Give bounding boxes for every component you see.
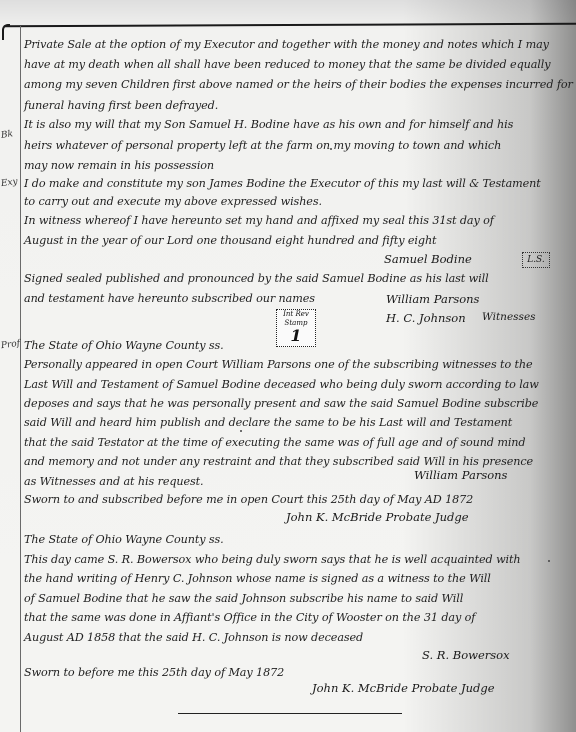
will-text-line: among my seven Children first above name… [24,78,576,91]
affidavit-text-line: August AD 1858 that the said H. C. Johns… [24,631,363,644]
bottom-rule-divider [178,713,402,714]
affidavit-text-line: the hand writing of Henry C. Johnson who… [24,572,491,585]
scan-speck [548,560,550,562]
will-text-line: Private Sale at the option of my Executo… [24,38,549,51]
margin-note-executor: Exy [0,177,18,189]
attestation-line: and testament have hereunto subscribed o… [24,292,315,305]
affidavit-heading: The State of Ohio Wayne County ss. [24,533,224,546]
will-text-line: may now remain in his possession [24,159,214,172]
affiant-signature: S. R. Bowersox [422,648,510,662]
top-rule-divider [4,23,576,27]
testator-signature: Samuel Bodine [384,252,472,266]
witness-signature-johnson: H. C. Johnson [386,311,466,325]
probate-text-line: and memory and not under any restraint a… [24,455,533,468]
probate-text-line: Last Will and Testament of Samuel Bodine… [24,378,539,391]
probate-heading: The State of Ohio Wayne County ss. [24,339,224,352]
will-text-line: to carry out and execute my above expres… [24,195,322,208]
witnesses-label: Witnesses [482,311,536,323]
scan-speck [240,430,242,432]
affidavit-text-line: This day came S. R. Bowersox who being d… [24,553,521,566]
affidavit-jurat-line: Sworn to before me this 25th day of May … [24,666,284,679]
seal-mark: L.S. [522,252,550,268]
margin-note-bequest: Bk [0,129,13,141]
left-margin-line [20,26,21,732]
probate-text-line: Personally appeared in open Court Willia… [24,358,533,371]
revenue-stamp: Int Rev Stamp 1 [276,309,316,347]
will-text-line: I do make and constitute my son James Bo… [24,177,541,190]
will-text-line: In witness whereof I have hereunto set m… [24,214,494,227]
will-text-line: have at my death when all shall have bee… [24,58,550,71]
will-text-line: August in the year of our Lord one thous… [24,234,436,247]
affidavit-text-line: that the same was done in Affiant's Offi… [24,611,475,624]
scan-speck [330,148,332,150]
affidavit-text-line: of Samuel Bodine that he saw the said Jo… [24,592,463,605]
probate-text-line: said Will and heard him publish and decl… [24,416,512,429]
attestation-line: Signed sealed published and pronounced b… [24,272,489,285]
jurat-line: Sworn to and subscribed before me in ope… [24,493,473,506]
revenue-stamp-value: 1 [277,328,315,344]
will-text-line: It is also my will that my Son Samuel H.… [24,118,513,131]
top-rule-hook [2,24,10,40]
will-text-line: funeral having first been defrayed. [24,99,218,112]
witness-signature-parsons: William Parsons [386,292,479,306]
probate-judge-signature-2: John K. McBride Probate Judge [312,681,495,695]
probate-text-line: deposes and says that he was personally … [24,397,538,410]
parsons-oath-signature: William Parsons [414,468,507,482]
margin-note-proof: Prof [0,339,20,352]
will-text-line: heirs whatever of personal property left… [24,139,501,152]
probate-text-line: as Witnesses and at his request. [24,475,204,488]
probate-judge-signature: John K. McBride Probate Judge [286,510,469,524]
revenue-stamp-top: Int Rev [277,310,315,319]
probate-text-line: that the said Testator at the time of ex… [24,436,525,449]
scanned-document-page: Bk Exy Prof Private Sale at the option o… [0,0,576,732]
